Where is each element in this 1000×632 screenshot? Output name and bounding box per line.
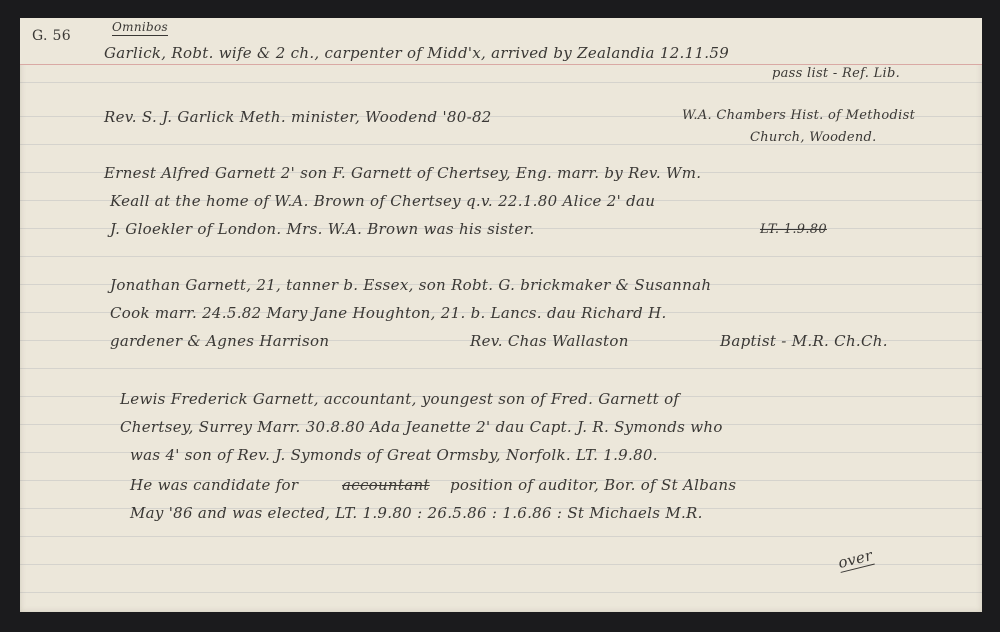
- entry-5-line-6: May '86 and was elected, LT. 1.9.80 : 26…: [130, 504, 703, 522]
- entry-4-line-4: Rev. Chas Wallaston: [470, 332, 629, 350]
- entry-3-line-3: J. Gloekler of London. Mrs. W.A. Brown w…: [110, 220, 535, 238]
- entry-2-line-2: W.A. Chambers Hist. of Methodist: [682, 108, 915, 123]
- red-ruled-line: [20, 64, 982, 65]
- entry-5-line-5: position of auditor, Bor. of St Albans: [450, 476, 736, 494]
- entry-5-struck-word: accountant: [342, 476, 430, 494]
- entry-5-line-1: Lewis Frederick Garnett, accountant, you…: [120, 390, 679, 408]
- entry-4-line-2: Cook marr. 24.5.82 Mary Jane Houghton, 2…: [110, 304, 667, 322]
- entry-5-line-2: Chertsey, Surrey Marr. 30.8.80 Ada Jeane…: [120, 418, 723, 436]
- entry-5-line-3: was 4' son of Rev. J. Symonds of Great O…: [130, 446, 658, 464]
- entry-1-line-1: Garlick, Robt. wife & 2 ch., carpenter o…: [104, 44, 729, 62]
- entry-1-line-2: pass list - Ref. Lib.: [772, 66, 900, 81]
- entry-4-line-5: Baptist - M.R. Ch.Ch.: [720, 332, 888, 350]
- entry-3-line-2: Keall at the home of W.A. Brown of Chert…: [110, 192, 655, 210]
- card-reference: G. 56: [32, 28, 71, 44]
- over-note: over: [836, 546, 874, 573]
- entry-2-line-3: Church, Woodend.: [750, 130, 877, 145]
- card-annotation: Omnibos: [112, 20, 168, 36]
- entry-3-line-1: Ernest Alfred Garnett 2' son F. Garnett …: [104, 164, 701, 182]
- index-card: G. 56 Omnibos Garlick, Robt. wife & 2 ch…: [20, 18, 982, 612]
- entry-3-struck-ref: LT. 1.9.80: [760, 222, 827, 237]
- entry-5-line-4: He was candidate for: [130, 476, 298, 494]
- entry-4-line-1: Jonathan Garnett, 21, tanner b. Essex, s…: [110, 276, 711, 294]
- entry-2-line-1: Rev. S. J. Garlick Meth. minister, Woode…: [104, 108, 492, 126]
- entry-4-line-3: gardener & Agnes Harrison: [110, 332, 329, 350]
